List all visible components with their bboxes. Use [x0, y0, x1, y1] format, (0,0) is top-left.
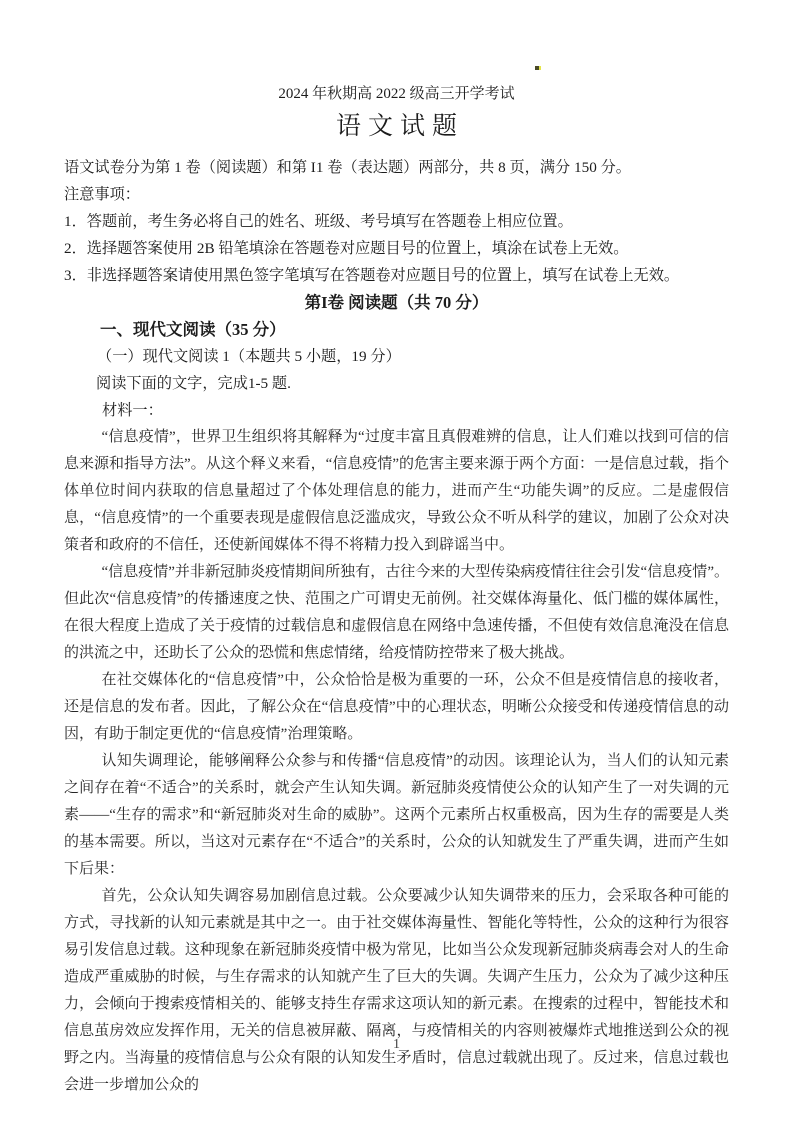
- material-paragraph-4: 认知失调理论，能够阐释公众参与和传播“信息疫情”的动因。该理论认为，当人们的认知…: [64, 748, 729, 883]
- material-paragraph-5: 首先，公众认知失调容易加剧信息过载。公众要减少认知失调带来的压力，会采取各种可能…: [64, 883, 729, 1099]
- notes-title: 注意事项：: [64, 181, 729, 208]
- material-paragraph-3: 在社交媒体化的“信息疫情”中，公众恰恰是极为重要的一环，公众不但是疫情信息的接收…: [64, 667, 729, 748]
- sub-heading-reading-1: （一）现代文阅读 1（本题共 5 小题，19 分）: [64, 343, 729, 370]
- exam-structure-intro: 语文试卷分为第 1 卷（阅读题）和第 I1 卷（表达题）两部分，共 8 页，满分…: [64, 154, 729, 181]
- exam-session-header: 2024 年秋期高 2022 级高三开学考试: [64, 0, 729, 103]
- note-item-2: 2．选择题答案使用 2B 铅笔填涂在答题卷对应题目号的位置上，填涂在试卷上无效。: [64, 235, 729, 262]
- exam-document-page: 2024 年秋期高 2022 级高三开学考试 语文试题 语文试卷分为第 1 卷（…: [0, 0, 793, 1122]
- scan-artifact-dot: [535, 66, 539, 70]
- section-heading-volume-1: 第I卷 阅读题（共 70 分）: [64, 289, 729, 316]
- note-item-3: 3．非选择题答案请使用黑色签字笔填写在答题卷对应题目号的位置上，填写在试卷上无效…: [64, 262, 729, 289]
- note-item-1: 1．答题前，考生务必将自己的姓名、班级、考号填写在答题卷上相应位置。: [64, 208, 729, 235]
- page-number: 1: [0, 1036, 793, 1054]
- reading-instruction: 阅读下面的文字，完成1-5 题.: [64, 370, 729, 397]
- material-paragraph-1: “信息疫情”，世界卫生组织将其解释为“过度丰富且真假难辨的信息，让人们难以找到可…: [64, 424, 729, 559]
- material-one-label: 材料一：: [64, 397, 729, 424]
- part-heading-modern-reading: 一、现代文阅读（35 分）: [64, 316, 729, 343]
- page-title: 语文试题: [64, 112, 729, 142]
- material-paragraph-2: “信息疫情”并非新冠肺炎疫情期间所独有，古往今来的大型传染病疫情往往会引发“信息…: [64, 559, 729, 667]
